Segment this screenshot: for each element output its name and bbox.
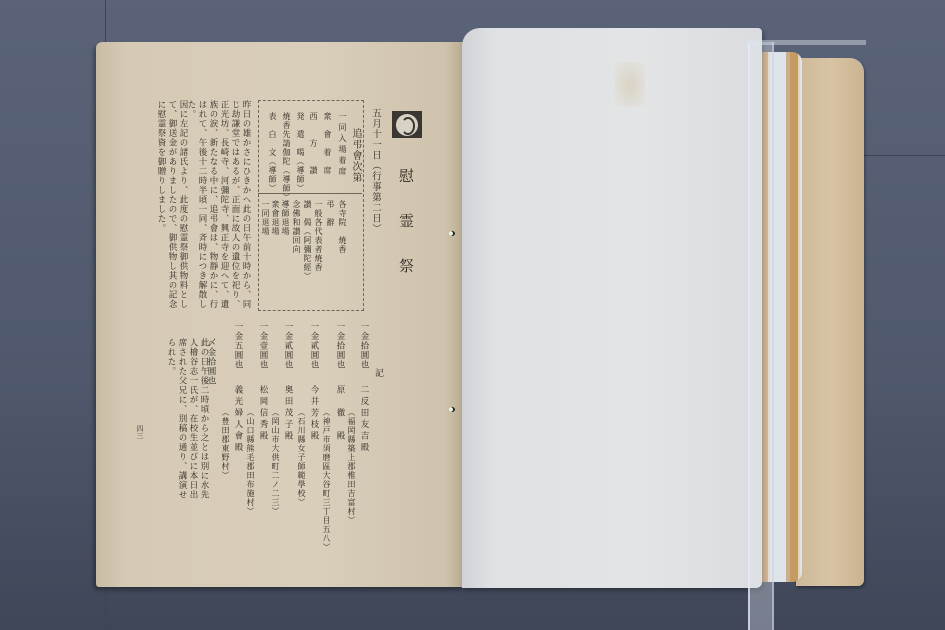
paper-stain (615, 62, 645, 107)
plastic-sheet (748, 42, 774, 630)
body-paragraph: 昨日の雄かさにひきかへ此の日午前十時から、同じ劫謙堂ではあるが、正面に故人の遺位… (185, 100, 251, 318)
donation-address: （神戸市須磨區大谷町三丁目五八） (321, 408, 332, 552)
program-row: 西 方 讃 (308, 112, 319, 175)
donation-amount: 一金拾圓也 (358, 322, 369, 370)
program-row: 念佛和讃回向 (291, 200, 302, 254)
donation-amount: 一金貳圓也 (282, 322, 293, 370)
program-row: 弔 辭 (325, 200, 336, 227)
donation-address: （豊田郡東野村） (220, 408, 231, 480)
program-row: 讃 偈（阿彌陀經） (302, 200, 313, 281)
program-row: 衆 會 着 席 (322, 112, 333, 175)
donation-address: （石川縣女子師範學校） (296, 408, 307, 507)
page-title: 慰霊祭 (400, 168, 411, 303)
program-row: 焼香先請伽陀（導師） (281, 112, 292, 202)
program-row: 導師退場 (280, 200, 291, 236)
donation-address: （福岡縣築上郡椎田吉富村） (346, 408, 357, 525)
donation-name: 原 徹 殿 (334, 385, 345, 443)
donation-amount: 一金壹圓也 (257, 322, 268, 370)
donation-name: 二反田友吉殿 (358, 385, 369, 454)
donation-amount: 一金貳圓也 (308, 322, 319, 370)
donation-address: （山口縣熊毛郡田布施村） (245, 408, 256, 516)
crest-emblem-icon (392, 111, 422, 138)
donation-amount: 一金拾圓也 (334, 322, 345, 370)
donations-heading: 記 (372, 368, 383, 378)
closing-paragraph: 此の日午後二時頃から之とは別に水先人檜谷志一氏が、在校生並びに本日出席された父兄… (165, 338, 209, 508)
donation-amount: 一金五圓也 (232, 322, 243, 370)
staple-bottom (449, 407, 455, 412)
donation-name: 奥田茂子殿 (282, 385, 293, 443)
program-row: 衆會退場 (270, 200, 281, 236)
plastic-sheet-edge (748, 40, 866, 45)
donation-address: （岡山市大供町二ノ二三） (270, 408, 281, 516)
date-line: 五月十一日（行事第二日） (370, 108, 381, 234)
program-heading: 追弔會次第 (350, 128, 361, 183)
program-row: 各寺院 焼香 (337, 200, 348, 254)
staple-top (449, 231, 455, 236)
donation-name: 今井芳枝殿 (308, 385, 319, 443)
back-cover (796, 58, 864, 586)
program-row: 一同退場 (260, 200, 271, 236)
program-row: 発 遣 喝（導師） (295, 112, 306, 193)
page-number: 四三 (135, 425, 145, 439)
donation-name: 松岡信秀殿 (257, 385, 268, 443)
program-divider (258, 193, 362, 194)
donation-name: 義光婦人會殿 (232, 385, 243, 454)
program-row: 表 白 文（導師） (267, 112, 278, 193)
program-row: 一同入場着席 (337, 112, 348, 178)
program-row: 一般各代表者焼香 (313, 200, 324, 272)
right-page[interactable] (462, 28, 762, 588)
mat-grid-line (860, 155, 945, 156)
body-paragraph: 因に左記の諸氏より、此度の慰霊祭御供物料として、御送金がありましたので、御供物し… (155, 100, 188, 318)
